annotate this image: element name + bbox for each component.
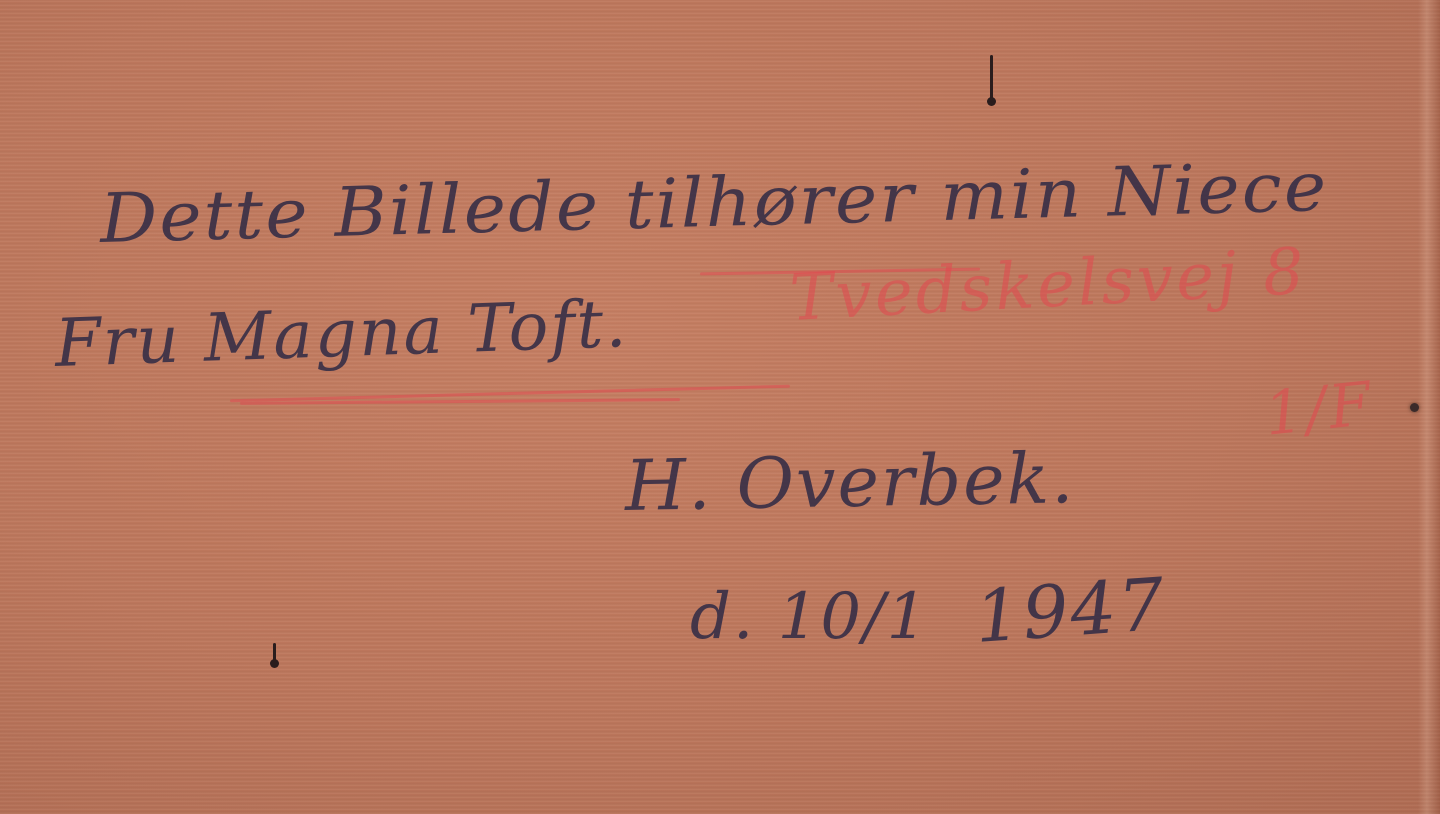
date-day-month: d. 10/1 xyxy=(690,580,929,654)
nail-hole-right xyxy=(1410,403,1419,412)
signature: H. Overbek. xyxy=(624,437,1076,527)
date-year: 1947 xyxy=(972,562,1169,659)
paper-right-edge xyxy=(1418,0,1440,814)
brown-paper-backing xyxy=(0,0,1440,814)
tack-mark-bottom-left xyxy=(273,643,276,665)
tack-mark-top xyxy=(990,55,993,103)
red-floor-mark: 1/F xyxy=(1261,369,1377,450)
